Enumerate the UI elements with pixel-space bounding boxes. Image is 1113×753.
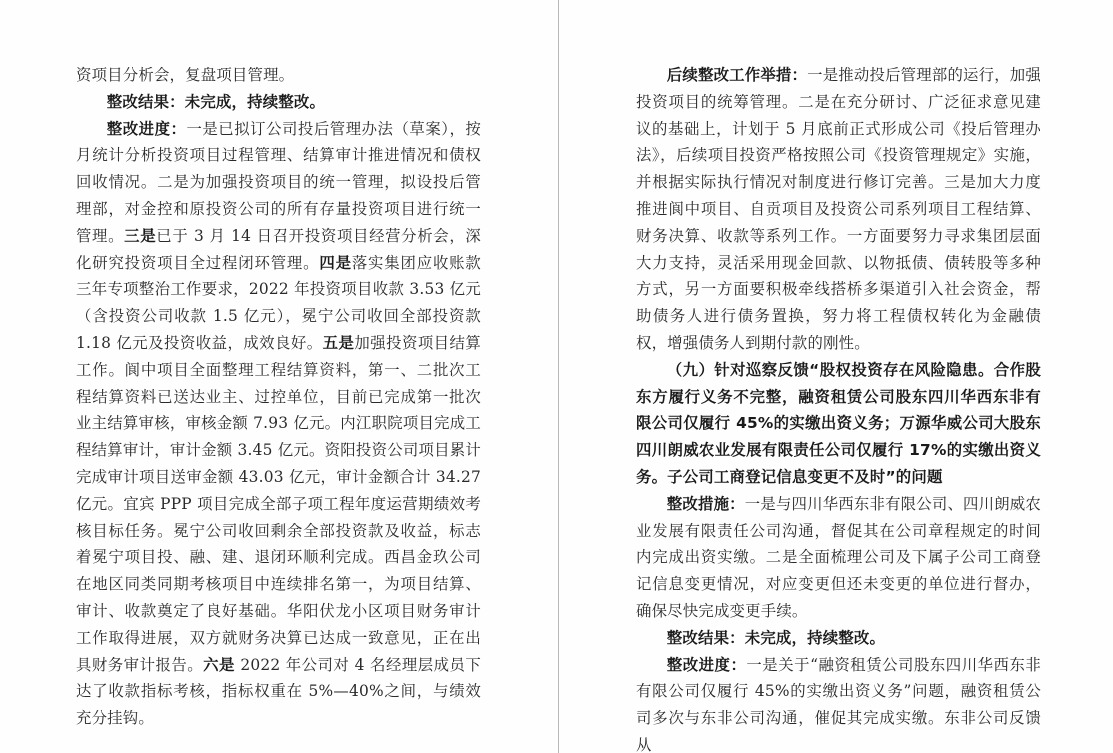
measures-label: 整改措施： bbox=[667, 495, 745, 513]
bold-marker: 三是 bbox=[124, 227, 156, 245]
bold-marker: 五是 bbox=[323, 334, 355, 352]
right-page: 后续整改工作举措：一是推动投后管理部的运行，加强投资项目的统筹管理。二是在充分研… bbox=[559, 0, 1113, 753]
section-heading: （九）针对巡察反馈“股权投资存在风险隐患。合作股东方履行义务不完整，融资租赁公司… bbox=[636, 357, 1041, 491]
paragraph: 资项目分析会，复盘项目管理。 bbox=[76, 62, 481, 89]
paragraph-result: 整改结果：未完成，持续整改。 bbox=[76, 89, 481, 116]
section-heading-text: （九）针对巡察反馈“股权投资存在风险隐患。合作股东方履行义务不完整，融资租赁公司… bbox=[636, 361, 1041, 486]
paragraph-progress: 整改进度：一是关于“融资租赁公司股东四川华西东非有限公司仅履行 45%的实缴出资… bbox=[636, 652, 1041, 753]
text-segment: 加强投资项目结算工作。阆中项目全面整理工程结算资料，第一、二批次工程结算资料已送… bbox=[76, 334, 481, 674]
paragraph-measures: 整改措施：一是与四川华西东非有限公司、四川朗威农业发展有限责任公司沟通，督促其在… bbox=[636, 491, 1041, 625]
right-page-body: 后续整改工作举措：一是推动投后管理部的运行，加强投资项目的统筹管理。二是在充分研… bbox=[636, 62, 1041, 753]
result-label: 整改结果：未完成，持续整改。 bbox=[667, 629, 885, 647]
result-label: 整改结果：未完成，持续整改。 bbox=[107, 93, 325, 111]
paragraph-progress: 整改进度：一是已拟订公司投后管理办法（草案），按月统计分析投资项目过程管理、结算… bbox=[76, 116, 481, 732]
bold-marker: 六是 bbox=[203, 656, 235, 674]
document-spread: 资项目分析会，复盘项目管理。 整改结果：未完成，持续整改。 整改进度：一是已拟订… bbox=[0, 0, 1113, 753]
text-segment: 资项目分析会，复盘项目管理。 bbox=[76, 66, 294, 84]
paragraph-result: 整改结果：未完成，持续整改。 bbox=[636, 625, 1041, 652]
progress-label: 整改进度： bbox=[667, 656, 747, 674]
left-page: 资项目分析会，复盘项目管理。 整改结果：未完成，持续整改。 整改进度：一是已拟订… bbox=[0, 0, 558, 753]
left-page-body: 资项目分析会，复盘项目管理。 整改结果：未完成，持续整改。 整改进度：一是已拟订… bbox=[76, 62, 481, 732]
progress-label: 整改进度： bbox=[107, 120, 187, 138]
text-segment: 一是推动投后管理部的运行，加强投资项目的统筹管理。二是在充分研讨、广泛征求意见建… bbox=[636, 66, 1041, 352]
text-segment: 一是与四川华西东非有限公司、四川朗威农业发展有限责任公司沟通，督促其在公司章程规… bbox=[636, 495, 1041, 620]
bold-marker: 四是 bbox=[319, 254, 351, 272]
paragraph-follow-up: 后续整改工作举措：一是推动投后管理部的运行，加强投资项目的统筹管理。二是在充分研… bbox=[636, 62, 1041, 357]
follow-up-label: 后续整改工作举措： bbox=[667, 66, 807, 84]
